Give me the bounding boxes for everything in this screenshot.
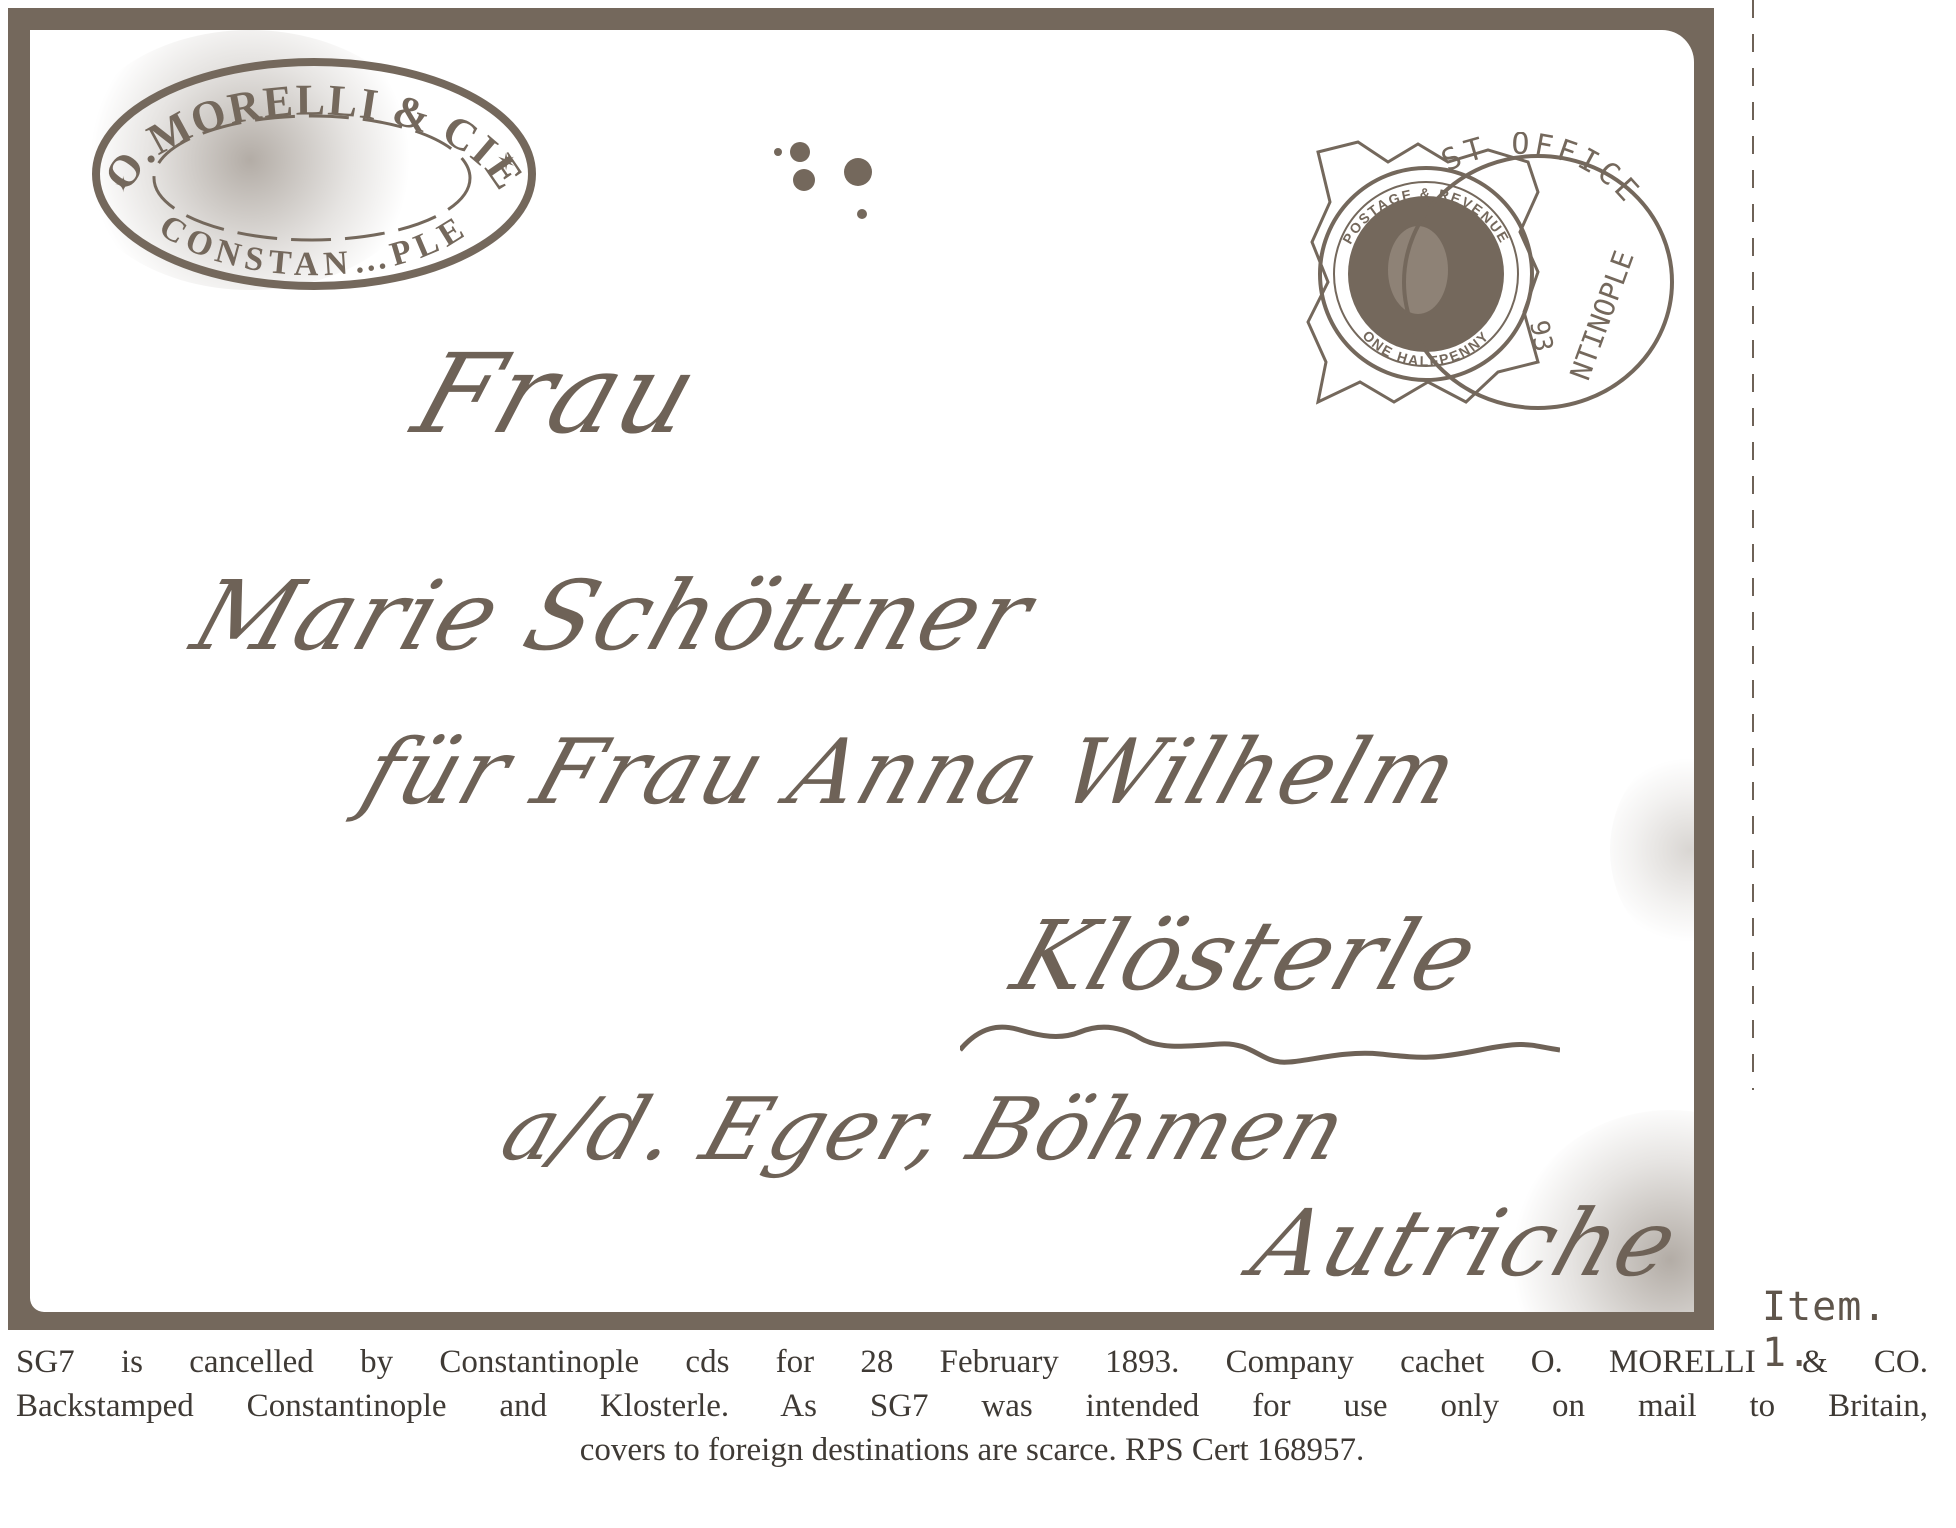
address-town: Klösterle <box>1000 900 1493 1012</box>
address-country: Autriche <box>1240 1190 1692 1297</box>
address-salutation: Frau <box>400 330 715 458</box>
halfpenny-stamp-icon: POSTAGE & REVENUE ONE HALFPENNY ST OFFIC… <box>1298 132 1678 422</box>
cachet-star-left-icon: ✦ <box>114 172 132 197</box>
address-region: a/d. Eger, Böhmen <box>490 1080 1360 1180</box>
address-recipient-name: Marie Schöttner <box>180 560 1047 672</box>
postmark-date-text: 93 <box>1523 318 1558 354</box>
ink-blots <box>770 130 910 220</box>
caption-line-1: SG7 is cancelled by Constantinople cds f… <box>16 1340 1928 1384</box>
postmark-city-text: NTINOPLE <box>1564 246 1641 384</box>
address-care-of: für Frau Anna Wilhelm <box>350 720 1472 825</box>
caption-line-2: Backstamped Constantinople and Klosterle… <box>16 1384 1928 1428</box>
cachet-oval-icon: O.MORELLI & CIE CONSTAN…PLE ✦ ✶ <box>86 50 542 298</box>
caption-line-3: covers to foreign destinations are scarc… <box>16 1428 1928 1472</box>
underline-squiggle <box>960 1020 1560 1080</box>
caption: SG7 is cancelled by Constantinople cds f… <box>16 1340 1928 1472</box>
company-cachet: O.MORELLI & CIE CONSTAN…PLE ✦ ✶ <box>86 50 542 298</box>
postage-stamp: POSTAGE & REVENUE ONE HALFPENNY ST OFFIC… <box>1298 132 1678 422</box>
foxing-right-middle <box>1610 750 1694 950</box>
cachet-star-right-icon: ✶ <box>496 150 516 176</box>
scan-edge-line <box>1752 0 1754 1090</box>
